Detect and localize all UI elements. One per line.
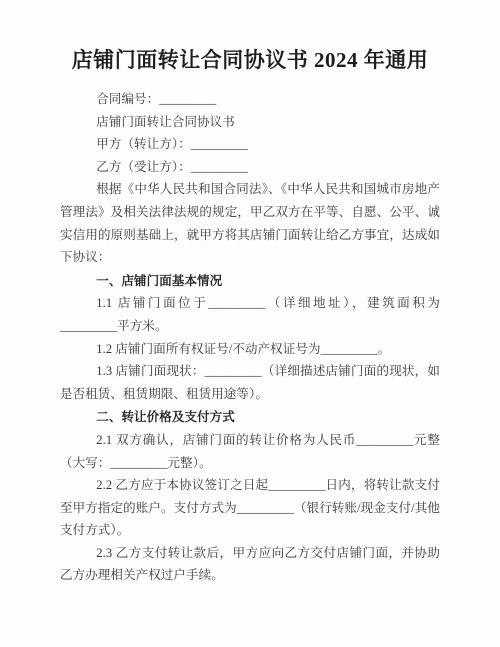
clause-1-3: 1.3 店铺门面现状：_________（详细描述店铺门面的现状，如是否租赁、租…: [60, 360, 440, 405]
clause-2-1: 2.1 双方确认，店铺门面的转让价格为人民币_________元整（大写：___…: [60, 429, 440, 474]
section-1-heading: 一、店铺门面基本情况: [60, 270, 440, 293]
contract-document-page: 店铺门面转让合同协议书 2024 年通用 合同编号：_________ 店铺门面…: [0, 0, 500, 647]
contract-title: 店铺门面转让合同协议书 2024 年通用: [60, 45, 440, 75]
preamble-paragraph: 根据《中华人民共和国合同法》、《中华人民共和国城市房地产管理法》及相关法律法规的…: [60, 178, 440, 268]
party-b-transferee-line: 乙方（受让方）：_________: [60, 156, 440, 179]
contract-number-line: 合同编号：_________: [60, 88, 440, 111]
section-2-heading: 二、转让价格及支付方式: [60, 406, 440, 429]
clause-2-3: 2.3 乙方支付转让款后，甲方应向乙方交付店铺门面，并协助乙方办理相关产权过户手…: [60, 542, 440, 587]
clause-1-2: 1.2 店铺门面所有权证号/不动产权证号为_________。: [60, 338, 440, 361]
clause-1-1: 1.1 店铺门面位于_________（详细地址），建筑面积为_________…: [60, 292, 440, 337]
clause-2-2: 2.2 乙方应于本协议签订之日起_________日内，将转让款支付至甲方指定的…: [60, 474, 440, 542]
party-a-transferor-line: 甲方（转让方）：_________: [60, 133, 440, 156]
contract-subtitle-line: 店铺门面转让合同协议书: [60, 111, 440, 134]
